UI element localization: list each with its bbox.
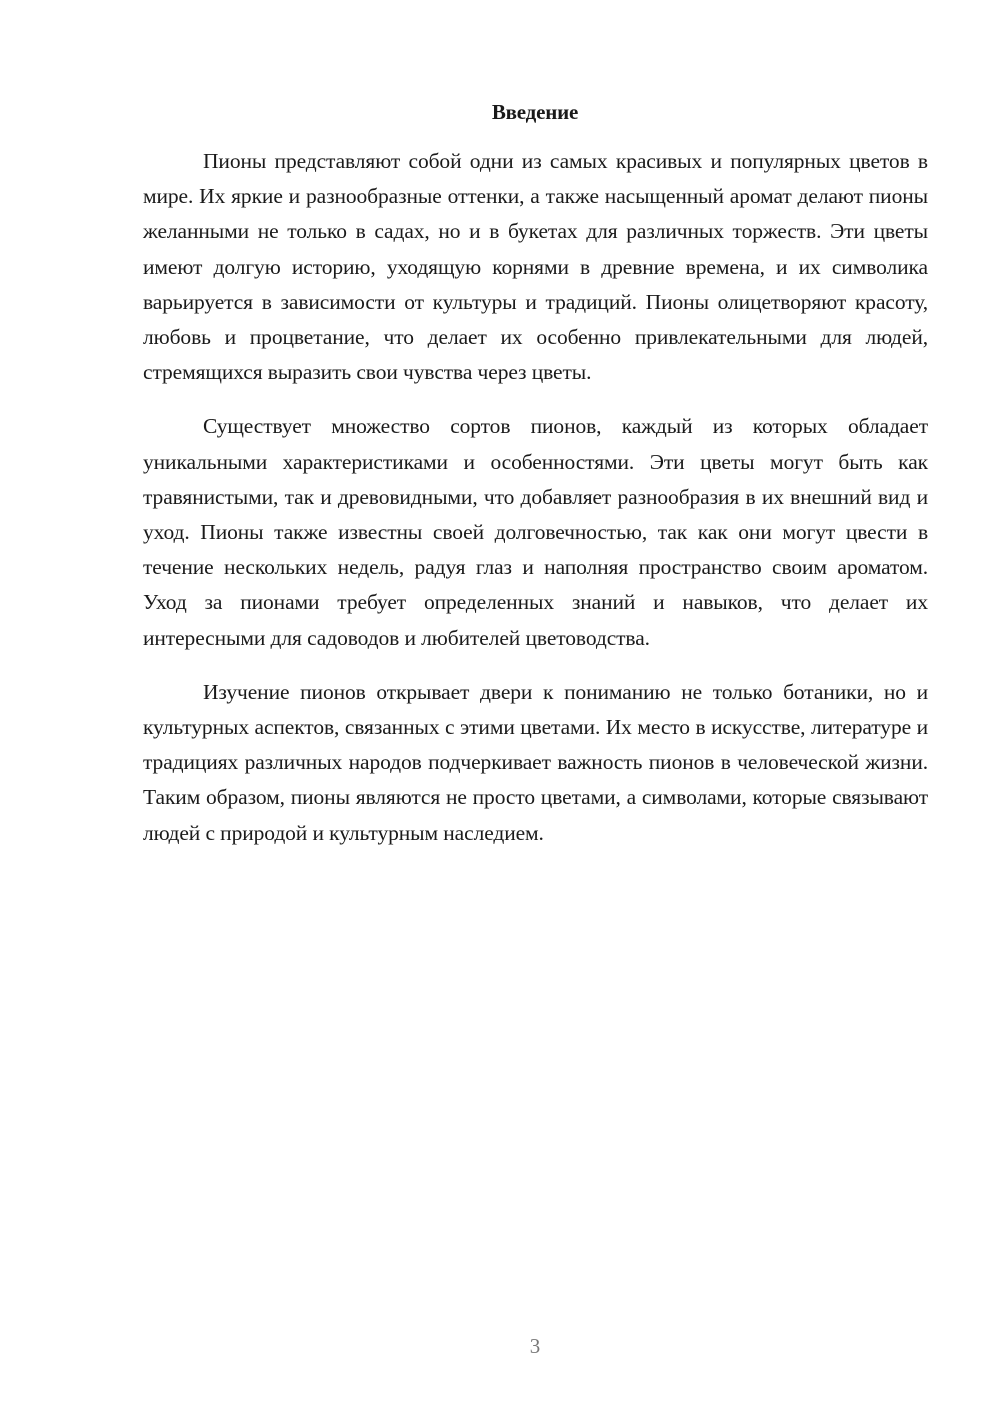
page-number: 3 xyxy=(0,1334,1000,1359)
paragraph-1: Пионы представляют собой одни из самых к… xyxy=(143,144,928,390)
document-body: Пионы представляют собой одни из самых к… xyxy=(143,144,928,851)
paragraph-3: Изучение пионов открывает двери к понима… xyxy=(143,675,928,851)
section-title: Введение xyxy=(0,99,1000,125)
paragraph-2: Существует множество сортов пионов, кажд… xyxy=(143,409,928,655)
document-page: Введение Пионы представляют собой одни и… xyxy=(0,0,1000,1414)
